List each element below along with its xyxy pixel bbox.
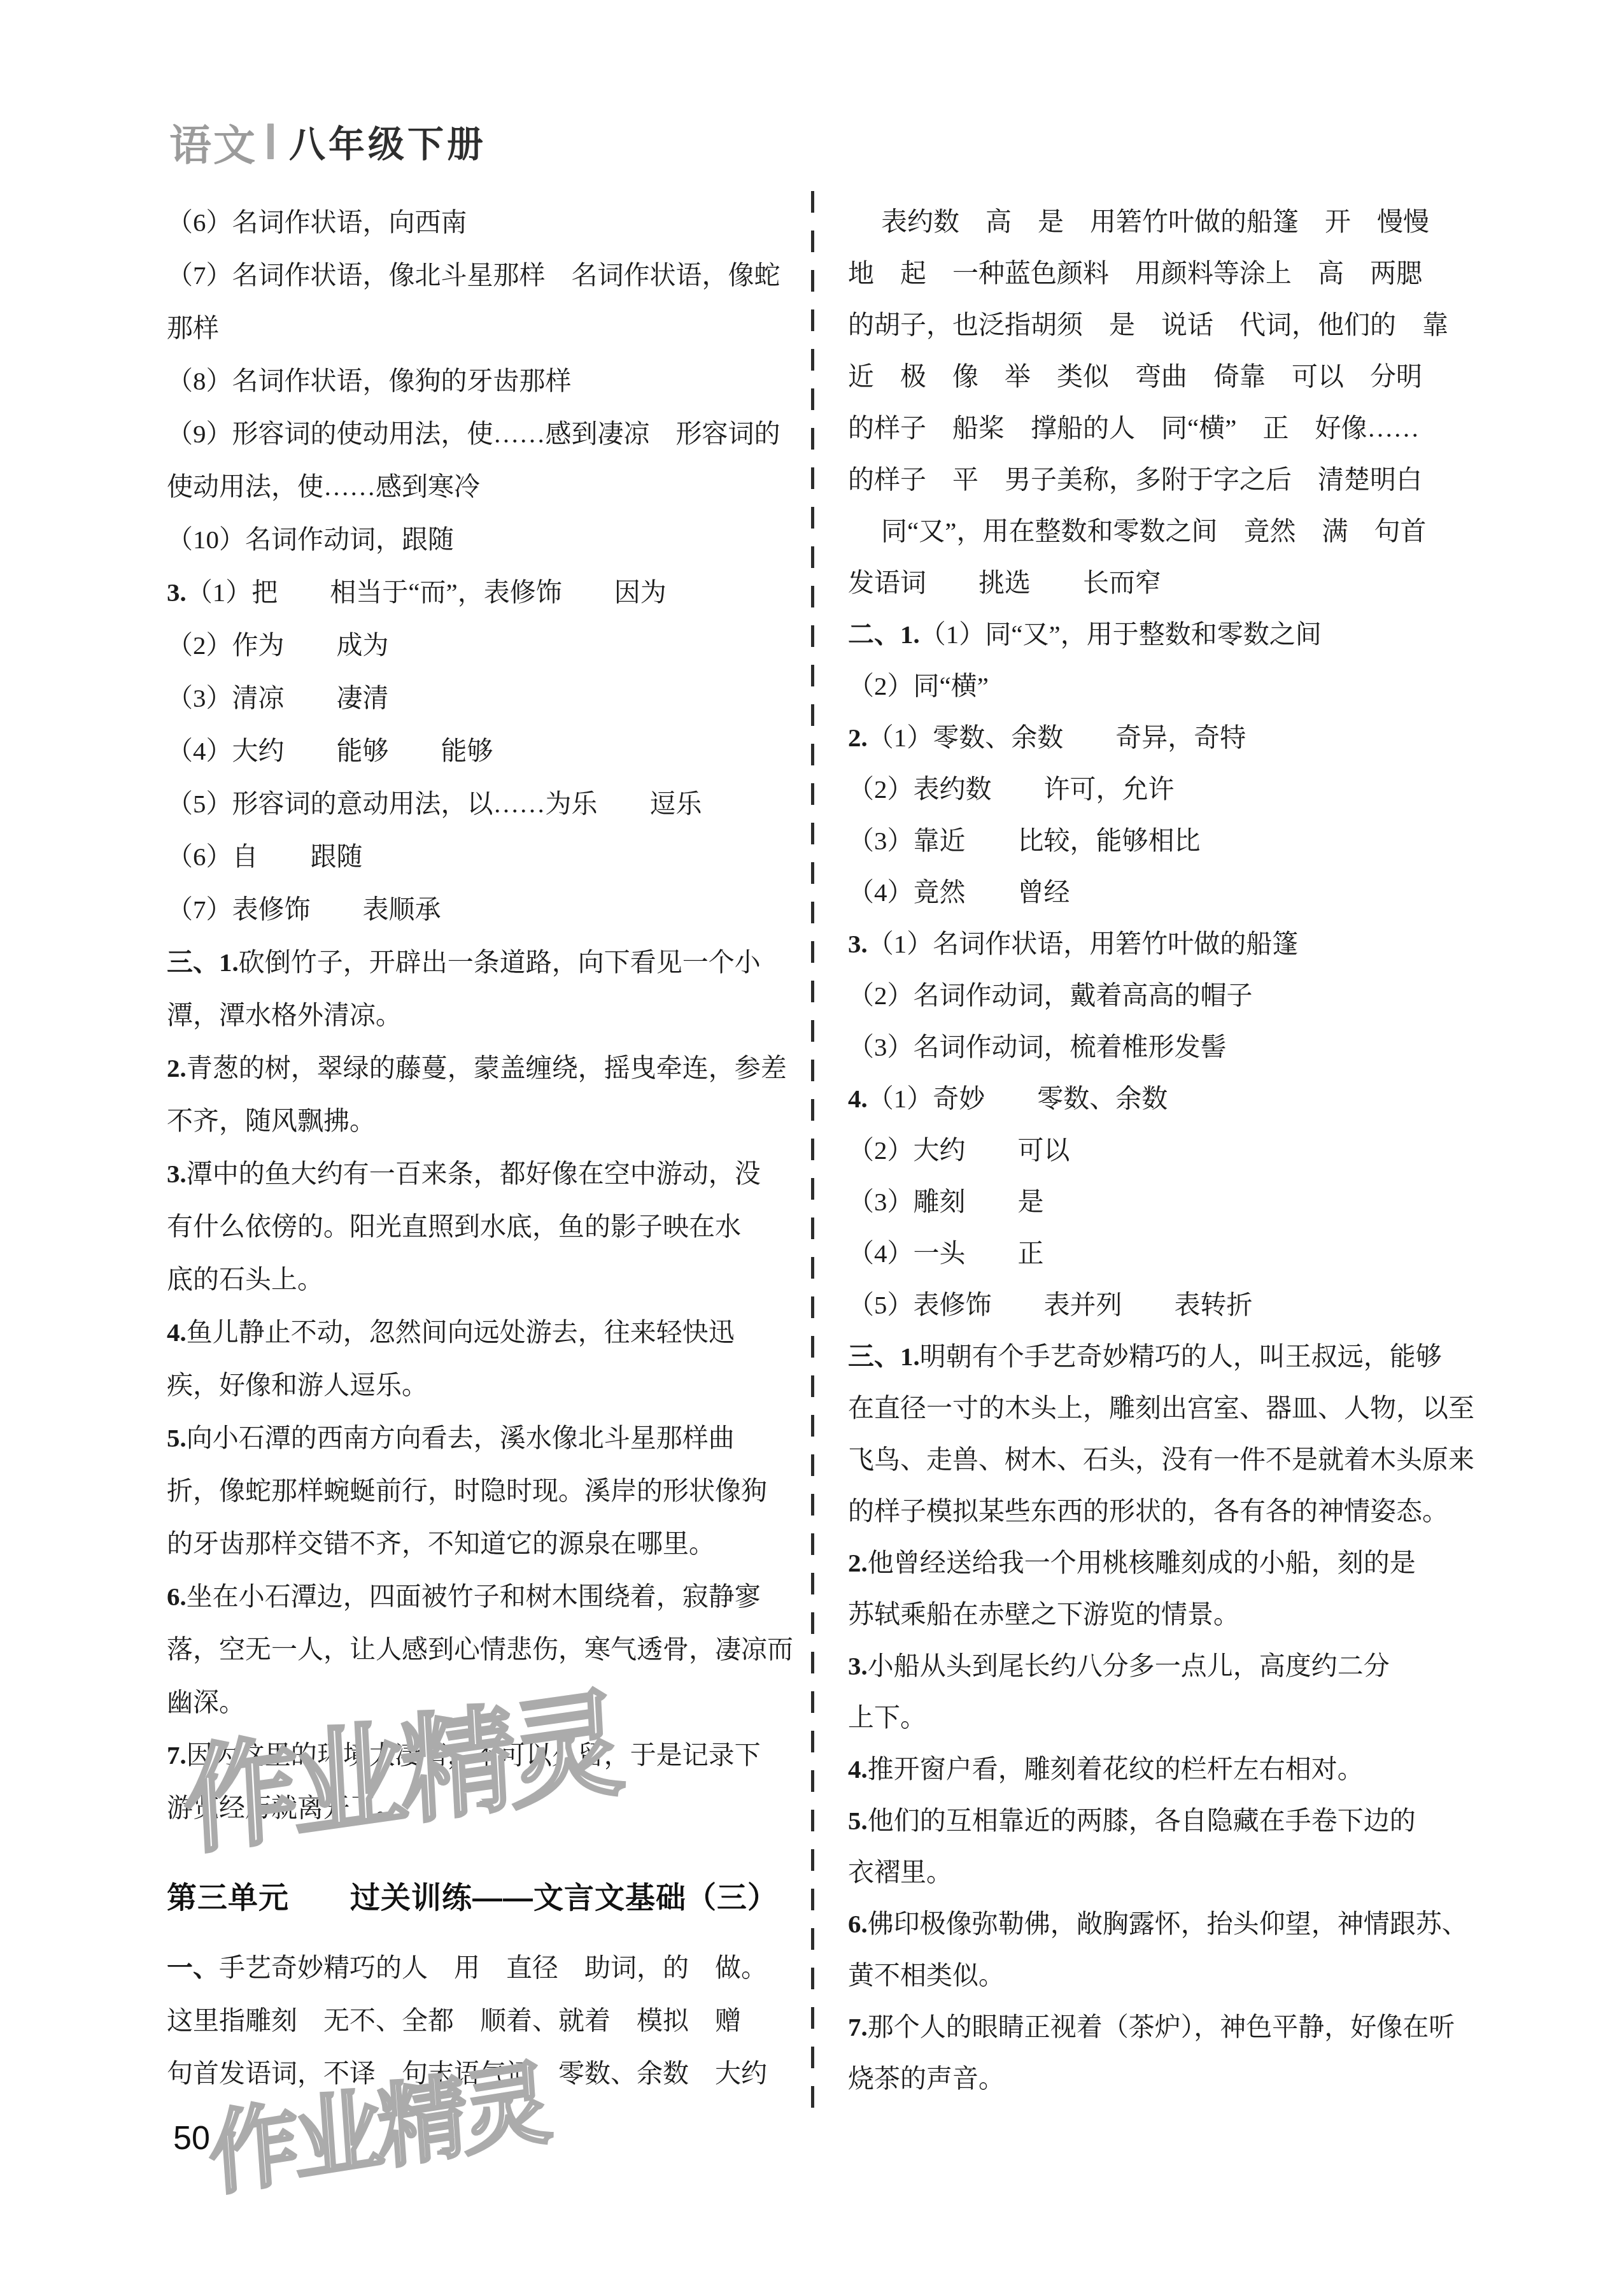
answer-text: 手艺奇妙精巧的人 用 直径 助词，的 做。 [219,1953,767,1982]
text-line: 地 起 一种蓝色颜料 用颜料等涂上 高 两腮 [848,248,1488,299]
text-line: 6.佛印极像弥勒佛，敞胸露怀，抬头仰望，神情跟苏、 [848,1898,1488,1950]
text-line: 3.潭中的鱼大约有一百来条，都好像在空中游动，没 [167,1147,797,1200]
text-line: 5.向小石潭的西南方向看去，溪水像北斗星那样曲 [167,1412,797,1465]
answer-number-label: 3. [167,578,187,607]
text-line: 飞鸟、走兽、树木、石头，没有一件不是就着木头原来 [848,1434,1488,1486]
text-line: 使动用法，使……感到寒冷 [167,460,797,513]
text-line: 衣褶里。 [848,1847,1488,1898]
answer-text: （5）形容词的意动用法，以……为乐 逗乐 [167,789,702,818]
text-line: 4.鱼儿静止不动，忽然间向远处游去，往来轻快迅 [167,1306,797,1359]
answer-number-label: 3. [848,1651,868,1680]
text-line: 4.（1）奇妙 零数、余数 [848,1073,1488,1125]
answer-number-label: 3. [848,929,868,958]
answer-text: 砍倒竹子，开辟出一条道路，向下看见一个小 [239,948,761,977]
text-line: （9）形容词的使动用法，使……感到凄凉 形容词的 [167,408,797,460]
text-line: 4.推开窗户看，雕刻着花纹的栏杆左右相对。 [848,1743,1488,1795]
text-line: （10）名词作动词，跟随 [167,513,797,566]
text-line: 游览经历就离开了。 [167,1782,797,1835]
text-line: 3.小船从头到尾长约八分多一点儿，高度约二分 [848,1640,1488,1692]
answer-number-label: 4. [167,1317,187,1347]
text-line: 的样子模拟某些东西的形状的，各有各的神情姿态。 [848,1486,1488,1537]
answer-text: 衣褶里。 [848,1857,952,1887]
text-line: （7）名词作状语，像北斗星那样 名词作状语，像蛇 [167,249,797,302]
text-line: 发语词 挑选 长而窄 [848,557,1488,609]
answer-number-label: 7. [167,1740,187,1770]
answer-number-label: 7. [848,2012,868,2041]
text-line: 句首发语词，不译 句末语气词 零数、余数 大约 [167,2047,797,2100]
column-divider-dashed-line [811,191,814,2108]
answer-text: （3）名词作动词，梳着椎形发髻 [848,1032,1227,1061]
answer-number-label: 4. [848,1754,868,1784]
answer-text: 推开窗户看，雕刻着花纹的栏杆左右相对。 [868,1754,1364,1784]
answer-text: 同“又”，用在整数和零数之间 竟然 满 句首 [881,516,1426,546]
answer-number-label: 6. [167,1582,187,1611]
answer-text: 飞鸟、走兽、树木、石头，没有一件不是就着木头原来 [848,1445,1474,1474]
answer-text: 句首发语词，不译 句末语气词 零数、余数 大约 [167,2059,767,2088]
answer-text: 幽深。 [167,1687,245,1717]
answer-text: 因为这里的环境太凄清，不可以久留，于是记录下 [187,1740,761,1770]
header-divider-bar [267,124,274,159]
answer-text: （9）形容词的使动用法，使……感到凄凉 形容词的 [167,419,780,448]
text-line: 7.因为这里的环境太凄清，不可以久留，于是记录下 [167,1729,797,1782]
text-line: 底的石头上。 [167,1253,797,1306]
text-line: 落，空无一人，让人感到心情悲伤，寒气透骨，凄凉而 [167,1623,797,1676]
answer-text: 潭，潭水格外清凉。 [167,1000,402,1030]
text-line: 6.坐在小石潭边，四面被竹子和树木围绕着，寂静寥 [167,1570,797,1623]
answer-text: 有什么依傍的。阳光直照到水底，鱼的影子映在水 [167,1212,741,1241]
answer-text: 发语词 挑选 长而窄 [848,568,1161,597]
answer-text: 鱼儿静止不动，忽然间向远处游去，往来轻快迅 [187,1317,735,1347]
answer-text: （5）表修饰 表并列 表转折 [848,1290,1253,1319]
answer-text: 潭中的鱼大约有一百来条，都好像在空中游动，没 [187,1159,761,1188]
answer-number-label: 2. [848,723,868,752]
text-line: 3.（1）把 相当于“而”，表修饰 因为 [167,566,797,619]
textbook-answer-page: 语文 八年级下册 （6）名词作状语，向西南（7）名词作状语，像北斗星那样 名词作… [0,0,1624,2279]
answer-text: 那样 [167,313,219,343]
text-line: （4）竟然 曾经 [848,867,1488,918]
answer-text: 苏轼乘船在赤壁之下游览的情景。 [848,1600,1239,1629]
answer-number-label: 2. [167,1053,187,1083]
answer-number-label: 三、1. [848,1342,920,1371]
answer-text: 的样子 平 男子美称，多附于字之后 清楚明白 [848,465,1422,494]
text-line: （8）名词作状语，像狗的牙齿那样 [167,355,797,408]
answer-text: 折，像蛇那样蜿蜒前行，时隐时现。溪岸的形状像狗 [167,1476,767,1505]
answer-text: （1）把 相当于“而”，表修饰 因为 [187,578,667,607]
answer-text: 向小石潭的西南方向看去，溪水像北斗星那样曲 [187,1423,735,1452]
text-line: （7）表修饰 表顺承 [167,883,797,936]
answer-text: 小船从头到尾长约八分多一点儿，高度约二分 [868,1651,1390,1680]
answer-number-label: 2. [848,1548,868,1577]
answer-text: （8）名词作状语，像狗的牙齿那样 [167,366,572,395]
answer-text: （4）一头 正 [848,1239,1044,1268]
answer-number-label: 三、1. [167,948,239,977]
text-line: 2.他曾经送给我一个用桃核雕刻成的小船，刻的是 [848,1537,1488,1589]
text-line: 3.（1）名词作状语，用箬竹叶做的船篷 [848,918,1488,970]
text-line: （6）名词作状语，向西南 [167,196,797,249]
text-line: （5）形容词的意动用法，以……为乐 逗乐 [167,777,797,830]
answer-text: （3）雕刻 是 [848,1187,1044,1216]
text-line: 2.青葱的树，翠绿的藤蔓，蒙盖缠绕，摇曳牵连，参差 [167,1042,797,1095]
page-header: 语文 八年级下册 [169,115,486,168]
answer-text: 黄不相类似。 [848,1961,1005,1990]
answer-text: （3）清凉 凄清 [167,683,389,713]
answer-text: 坐在小石潭边，四面被竹子和树木围绕着，寂静寥 [187,1582,761,1611]
answer-text: 的胡子，也泛指胡须 是 说话 代词，他们的 靠 [848,310,1448,339]
subject-title: 语文 [169,111,257,172]
answer-text: 明朝有个手艺奇妙精巧的人，叫王叔远，能够 [920,1342,1442,1371]
answer-number-label: 第三单元 过关训练——文言文基础（三） [167,1880,778,1914]
answer-text: （2）大约 可以 [848,1135,1070,1165]
answer-number-label: 6. [848,1909,868,1938]
text-line: 不齐，随风飘拂。 [167,1095,797,1147]
answer-text: （7）表修饰 表顺承 [167,895,441,924]
answer-text: 疾，好像和游人逗乐。 [167,1370,428,1400]
text-line: （3）名词作动词，梳着椎形发髻 [848,1021,1488,1073]
answer-number-label: 二、1. [848,620,920,649]
answer-text: 他们的互相靠近的两膝，各自隐藏在手卷下边的 [868,1806,1416,1835]
answer-text: 落，空无一人，让人感到心情悲伤，寒气透骨，凄凉而 [167,1635,793,1664]
answer-text: （1）同“又”，用于整数和零数之间 [920,620,1322,649]
text-line: 折，像蛇那样蜿蜒前行，时隐时现。溪岸的形状像狗 [167,1465,797,1517]
answer-number-label: 4. [848,1084,868,1113]
text-line: 幽深。 [167,1676,797,1729]
answer-text: 青葱的树，翠绿的藤蔓，蒙盖缠绕，摇曳牵连，参差 [187,1053,787,1083]
answer-text: （7）名词作状语，像北斗星那样 名词作状语，像蛇 [167,260,780,290]
section-heading: 第三单元 过关训练——文言文基础（三） [167,1871,797,1924]
text-line: 的样子 船桨 撑船的人 同“横” 正 好像…… [848,402,1488,454]
answer-text: 上下。 [848,1703,926,1732]
answer-text: （1）名词作状语，用箬竹叶做的船篷 [868,929,1299,958]
answer-text: （3）靠近 比较，能够相比 [848,826,1201,855]
answer-text: （1）奇妙 零数、余数 [868,1084,1168,1113]
answer-text: 他曾经送给我一个用桃核雕刻成的小船，刻的是 [868,1548,1416,1577]
text-line: 二、1.（1）同“又”，用于整数和零数之间 [848,609,1488,660]
answer-text: （2）作为 成为 [167,630,389,660]
answer-text: 游览经历就离开了。 [167,1793,402,1822]
text-line: 近 极 像 举 类似 弯曲 倚靠 可以 分明 [848,351,1488,402]
text-line: （2）大约 可以 [848,1125,1488,1176]
text-line: （4）大约 能够 能够 [167,725,797,777]
text-line: 的胡子，也泛指胡须 是 说话 代词，他们的 靠 [848,299,1488,351]
answer-text: 不齐，随风飘拂。 [167,1106,376,1135]
answer-text: 的样子模拟某些东西的形状的，各有各的神情姿态。 [848,1496,1448,1526]
answer-text: （6）自 跟随 [167,842,363,871]
answer-text: 那个人的眼睛正视着（茶炉），神色平静，好像在听 [868,2012,1455,2041]
answer-text: 佛印极像弥勒佛，敞胸露怀，抬头仰望，神情跟苏、 [868,1909,1468,1938]
answer-text: （1）零数、余数 奇异，奇特 [868,723,1246,752]
text-line: （2）表约数 许可，允许 [848,763,1488,815]
text-line: 这里指雕刻 无不、全都 顺着、就着 模拟 赠 [167,1994,797,2047]
text-line: 表约数 高 是 用箬竹叶做的船篷 开 慢慢 [848,196,1488,248]
right-column: 表约数 高 是 用箬竹叶做的船篷 开 慢慢地 起 一种蓝色颜料 用颜料等涂上 高… [848,196,1488,2105]
text-line: 的样子 平 男子美称，多附于字之后 清楚明白 [848,454,1488,506]
text-line: （4）一头 正 [848,1228,1488,1279]
answer-text: 表约数 高 是 用箬竹叶做的船篷 开 慢慢 [881,207,1429,236]
text-line: 疾，好像和游人逗乐。 [167,1359,797,1412]
answer-text: 的牙齿那样交错不齐，不知道它的源泉在哪里。 [167,1529,715,1558]
answer-text: 的样子 船桨 撑船的人 同“横” 正 好像…… [848,413,1419,443]
answer-text: 烧茶的声音。 [848,2064,1005,2093]
text-line: （3）清凉 凄清 [167,672,797,725]
text-line: （2）同“横” [848,660,1488,712]
text-line: 一、手艺奇妙精巧的人 用 直径 助词，的 做。 [167,1942,797,1994]
text-line: 黄不相类似。 [848,1950,1488,2001]
grade-title: 八年级下册 [289,115,486,167]
answer-number-label: 一、 [167,1953,219,1982]
answer-text: 这里指雕刻 无不、全都 顺着、就着 模拟 赠 [167,2006,741,2035]
text-line: 有什么依傍的。阳光直照到水底，鱼的影子映在水 [167,1200,797,1253]
text-line: （3）雕刻 是 [848,1176,1488,1228]
text-line: 三、1.砍倒竹子，开辟出一条道路，向下看见一个小 [167,936,797,989]
answer-text: （10）名词作动词，跟随 [167,525,454,554]
answer-number-label: 5. [167,1423,187,1452]
text-line: 苏轼乘船在赤壁之下游览的情景。 [848,1589,1488,1640]
text-line: （5）表修饰 表并列 表转折 [848,1279,1488,1331]
text-line: （2）作为 成为 [167,619,797,672]
text-line: 的牙齿那样交错不齐，不知道它的源泉在哪里。 [167,1517,797,1570]
answer-text: 地 起 一种蓝色颜料 用颜料等涂上 高 两腮 [848,259,1422,288]
text-line: 2.（1）零数、余数 奇异，奇特 [848,712,1488,763]
answer-text: （4）竟然 曾经 [848,877,1070,907]
text-line: 上下。 [848,1692,1488,1743]
text-line: （2）名词作动词，戴着高高的帽子 [848,970,1488,1021]
text-line: 7.那个人的眼睛正视着（茶炉），神色平静，好像在听 [848,2001,1488,2053]
text-line: 5.他们的互相靠近的两膝，各自隐藏在手卷下边的 [848,1795,1488,1847]
answer-text: 底的石头上。 [167,1265,323,1294]
left-column: （6）名词作状语，向西南（7）名词作状语，像北斗星那样 名词作状语，像蛇那样（8… [167,196,797,2100]
text-line: 烧茶的声音。 [848,2053,1488,2105]
text-line: 同“又”，用在整数和零数之间 竟然 满 句首 [848,506,1488,557]
answer-number-label: 5. [848,1806,868,1835]
answer-text: （2）名词作动词，戴着高高的帽子 [848,981,1253,1010]
answer-text: 在直径一寸的木头上，雕刻出宫室、器皿、人物，以至 [848,1393,1474,1423]
text-line: 潭，潭水格外清凉。 [167,989,797,1042]
answer-text: （4）大约 能够 能够 [167,736,493,765]
text-line: 三、1.明朝有个手艺奇妙精巧的人，叫王叔远，能够 [848,1331,1488,1382]
text-line: （6）自 跟随 [167,830,797,883]
text-line: （3）靠近 比较，能够相比 [848,815,1488,867]
answer-text: 使动用法，使……感到寒冷 [167,472,480,501]
answer-text: 近 极 像 举 类似 弯曲 倚靠 可以 分明 [848,362,1422,391]
answer-number-label: 3. [167,1159,187,1188]
answer-text: （2）同“横” [848,671,989,700]
text-line: 那样 [167,302,797,355]
page-number: 50 [173,2119,210,2157]
text-line: 在直径一寸的木头上，雕刻出宫室、器皿、人物，以至 [848,1382,1488,1434]
answer-text: （2）表约数 许可，允许 [848,774,1175,804]
answer-text: （6）名词作状语，向西南 [167,208,467,237]
